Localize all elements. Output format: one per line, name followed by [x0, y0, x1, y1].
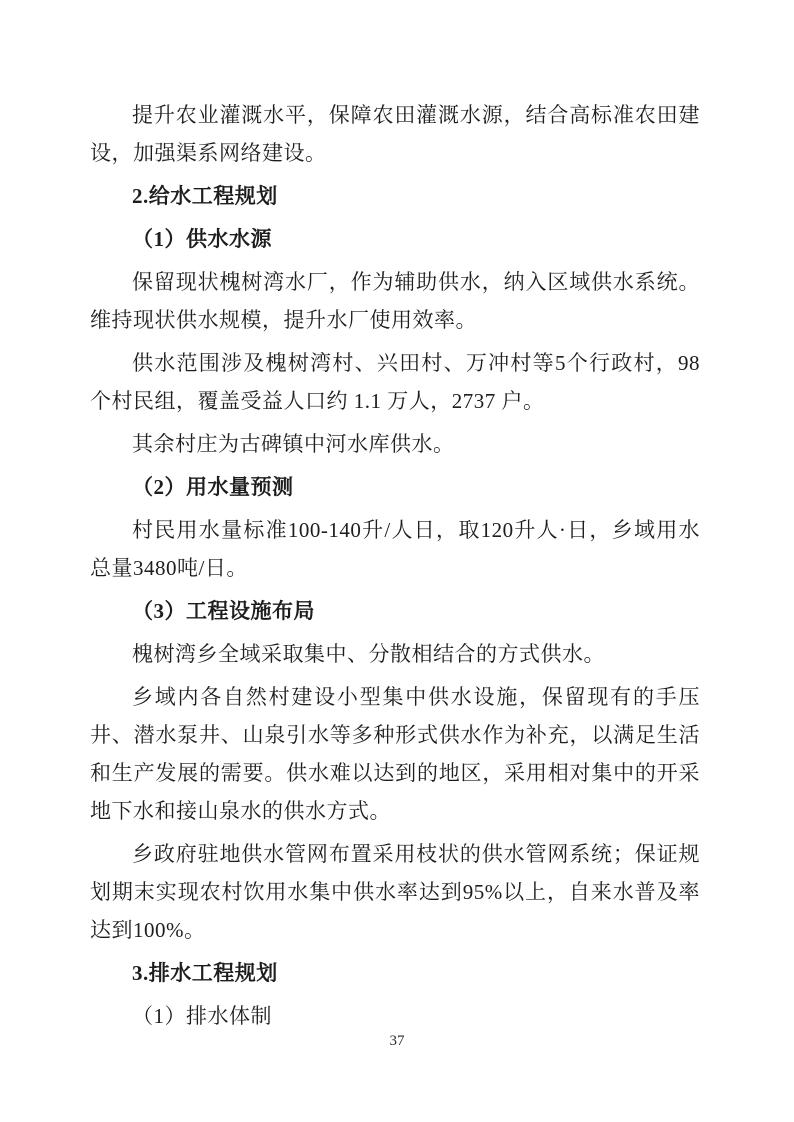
- paragraph: 乡域内各自然村建设小型集中供水设施，保留现有的手压井、潜水泵井、山泉引水等多种形…: [90, 678, 700, 830]
- paragraph: 槐树湾乡全域采取集中、分散相结合的方式供水。: [90, 635, 700, 673]
- paragraph: 其余村庄为古碑镇中河水库供水。: [90, 425, 700, 463]
- subsection-heading-facility-layout: （3）工程设施布局: [90, 592, 700, 630]
- subsection-heading-water-demand-forecast: （2）用水量预测: [90, 468, 700, 506]
- paragraph: 供水范围涉及槐树湾村、兴田村、万冲村等5个行政村，98个村民组，覆盖受益人口约 …: [90, 344, 700, 420]
- paragraph: 乡政府驻地供水管网布置采用枝状的供水管网系统；保证规划期末实现农村饮用水集中供水…: [90, 835, 700, 949]
- paragraph: 村民用水量标准100-140升/人日，取120升人·日，乡域用水总量3480吨/…: [90, 511, 700, 587]
- section-heading-water-supply-plan: 2.给水工程规划: [90, 177, 700, 215]
- paragraph: 保留现状槐树湾水厂，作为辅助供水，纳入区域供水系统。维持现状供水规模，提升水厂使…: [90, 263, 700, 339]
- page-number: 37: [0, 1030, 794, 1052]
- paragraph: 提升农业灌溉水平，保障农田灌溉水源，结合高标准农田建设，加强渠系网络建设。: [90, 96, 700, 172]
- section-heading-drainage-plan: 3.排水工程规划: [90, 954, 700, 992]
- subsection-heading-water-source: （1）供水水源: [90, 220, 700, 258]
- document-page: 提升农业灌溉水平，保障农田灌溉水源，结合高标准农田建设，加强渠系网络建设。 2.…: [0, 0, 794, 1122]
